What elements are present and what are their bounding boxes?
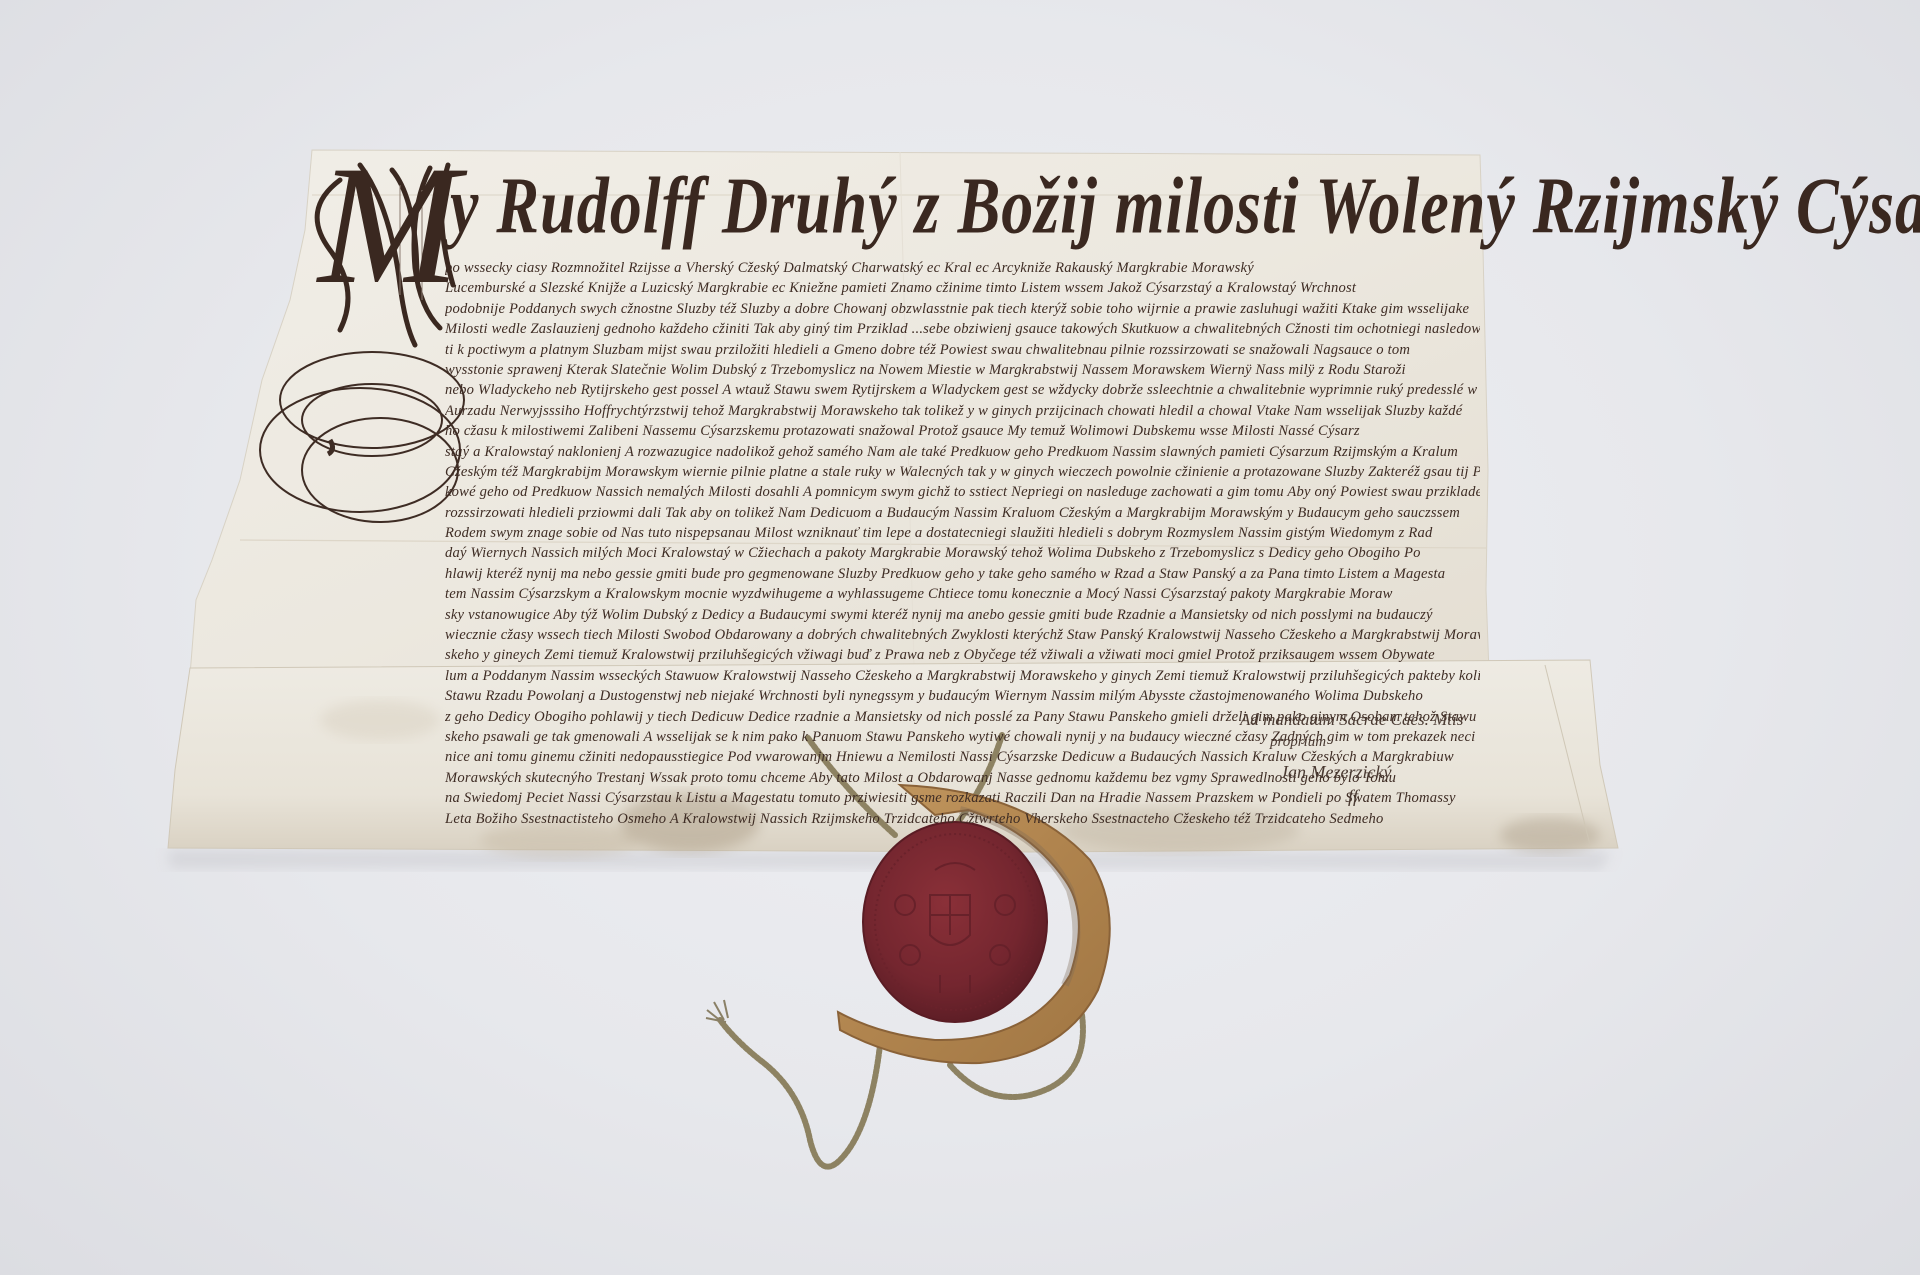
illuminated-initial: M xyxy=(318,140,460,310)
charter-text-line: Lucemburské a Slezské Knijže a Luzicský … xyxy=(445,278,1480,298)
charter-text-line: Cžeským též Margkrabijm Morawskym wierni… xyxy=(445,462,1480,482)
charter-title-line: y Rudolff Druhý z Božij milosti Wolený R… xyxy=(450,160,1920,253)
charter-text-line: lum a Poddanym Nassim wsseckých Stawuow … xyxy=(445,666,1480,686)
charter-text-line: po wssecky ciasy Rozmnožitel Rzijsse a V… xyxy=(445,258,1480,278)
charter-text-line: nebo Wladyckeho neb Rytijrskeho gest pos… xyxy=(445,380,1480,400)
charter-text-line: Leta Božiho Ssestnactisteho Osmeho A Kra… xyxy=(445,809,1480,829)
charter-text-line: tem Nassim Cýsarzskym a Kralowskym mocni… xyxy=(445,584,1480,604)
charter-text-line: wysstonie sprawenj Kterak Slatečnie Woli… xyxy=(445,360,1480,380)
charter-text-line: sky vstanowugice Aby týž Wolim Dubský z … xyxy=(445,605,1480,625)
subscription-line-1: Ad mandatum Sacrae Caes. Mtis xyxy=(1240,710,1463,730)
charter-text-line: kowé geho od Predkuow Nassich nemalých M… xyxy=(445,482,1480,502)
charter-text-line: Aurzadu Nerwyjsssiho Hoffrychtýrzstwij t… xyxy=(445,401,1480,421)
charter-text-line: Rodem swym znage sobie od Nas tuto nispe… xyxy=(445,523,1480,543)
charter-text-line: wiecznie cžasy wssech tiech Milosti Swob… xyxy=(445,625,1480,645)
charter-text-line: rozssirzowati hledieli prziowmi dali Tak… xyxy=(445,503,1480,523)
charter-text-line: Milosti wedle Zaslauzienj gednoho každeh… xyxy=(445,319,1480,339)
charter-text-line: Stawu Rzadu Powolanj a Dustogenstwj neb … xyxy=(445,686,1480,706)
charter-text-line: na Swiedomj Peciet Nassi Cýsarzstau k Li… xyxy=(445,788,1480,808)
charter-text-line: podobnije Poddanych swych cžnostne Sluzb… xyxy=(445,299,1480,319)
subscription-line-2: proprium xyxy=(1270,734,1326,751)
charter-text-line: staý a Kralowstaý naklonienj A rozwazugi… xyxy=(445,442,1480,462)
charter-text-line: daý Wiernych Nassich milých Moci Kralows… xyxy=(445,543,1480,563)
charter-text-line: skeho y gineych Zemi tiemuž Kralowstwij … xyxy=(445,645,1480,665)
charter-text-line: ho cžasu k milostiwemi Zalibeni Nassemu … xyxy=(445,421,1480,441)
cord-tassel xyxy=(706,1000,728,1022)
subscription-paraph: ff xyxy=(1348,786,1358,807)
charter-text-line: hlawij kteréž nynij ma nebo gessie gmiti… xyxy=(445,564,1480,584)
charter-text-line: ti k poctiwym a platnym Sluzbam mijst sw… xyxy=(445,340,1480,360)
subscription-signature: Jan Mezerzický xyxy=(1280,762,1391,783)
red-wax-seal xyxy=(863,822,1047,1022)
photograph: M y Rudolff Druhý z Božij milosti Wolený… xyxy=(0,0,1920,1275)
